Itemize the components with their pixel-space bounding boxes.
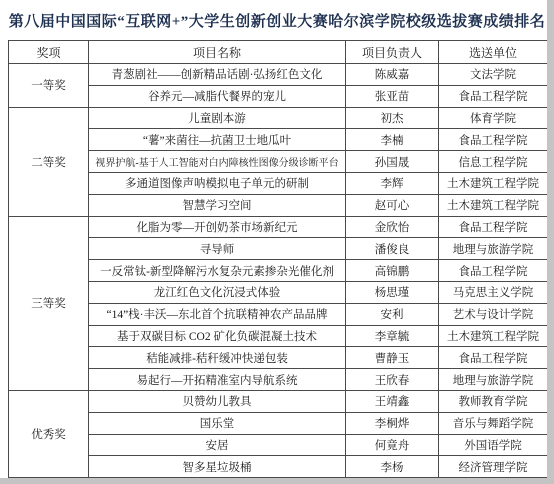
header-row: 奖项 项目名称 项目负责人 选送单位 [9, 41, 548, 64]
unit-cell: 地理与旅游学院 [439, 238, 548, 260]
unit-cell: 马克思主义学院 [439, 281, 548, 303]
leader-cell: 初杰 [346, 107, 439, 129]
project-cell: 贝赞幼儿教具 [89, 390, 346, 412]
project-cell: 智多星垃圾桶 [89, 456, 346, 478]
header-unit: 选送单位 [439, 41, 548, 64]
header-award: 奖项 [9, 41, 89, 64]
unit-cell: 外国语学院 [439, 434, 548, 456]
project-cell: “14”栈·丰沃—东北首个抗联精神农产品品牌 [89, 303, 346, 325]
results-table-body: 一等奖青葱剧社——创新精品话剧·弘扬红色文化陈威嘉文法学院谷养元—减脂代餐界的宠… [9, 64, 548, 478]
unit-cell: 经济管理学院 [439, 456, 548, 478]
project-cell: 多通道图像声呐模拟电子单元的研制 [89, 172, 346, 194]
header-leader: 项目负责人 [346, 41, 439, 64]
unit-cell: 土木建筑工程学院 [439, 172, 548, 194]
project-cell: “薯”来菌往—抗菌卫士地瓜叶 [89, 129, 346, 151]
table-row: 一反常钛-新型降解污水复杂元素掺杂光催化剂高锦鹏食品工程学院 [9, 260, 548, 282]
project-cell: 安居 [89, 434, 346, 456]
unit-cell: 体育学院 [439, 107, 548, 129]
project-cell: 智慧学习空间 [89, 194, 346, 216]
unit-cell: 土木建筑工程学院 [439, 194, 548, 216]
award-cell: 三等奖 [9, 216, 89, 390]
project-cell: 青葱剧社——创新精品话剧·弘扬红色文化 [89, 64, 346, 86]
unit-cell: 艺术与设计学院 [439, 303, 548, 325]
table-row: 三等奖化脂为零—开创奶茶市场新纪元金欣怡食品工程学院 [9, 216, 548, 238]
table-row: 国乐堂李桐烨音乐与舞蹈学院 [9, 412, 548, 434]
leader-cell: 李杨 [346, 456, 439, 478]
table-row: 智慧学习空间赵可心土木建筑工程学院 [9, 194, 548, 216]
leader-cell: 李楠 [346, 129, 439, 151]
award-cell: 一等奖 [9, 64, 89, 108]
unit-cell: 食品工程学院 [439, 129, 548, 151]
project-cell: 基于双碳目标 CO2 矿化负碳混凝土技术 [89, 325, 346, 347]
page-title: 第八届中国国际“互联网+”大学生创新创业大赛哈尔滨学院校级选拔赛成绩排名 [0, 0, 554, 31]
table-row: 优秀奖贝赞幼儿教具王靖鑫教师教育学院 [9, 390, 548, 412]
project-cell: 龙江红色文化沉浸式体验 [89, 281, 346, 303]
table-row: 龙江红色文化沉浸式体验杨思瑾马克思主义学院 [9, 281, 548, 303]
table-row: 智多星垃圾桶李杨经济管理学院 [9, 456, 548, 478]
project-cell: 谷养元—减脂代餐界的宠儿 [89, 85, 346, 107]
unit-cell: 音乐与舞蹈学院 [439, 412, 548, 434]
leader-cell: 陈威嘉 [346, 64, 439, 86]
leader-cell: 曹静玉 [346, 347, 439, 369]
results-table: 奖项 项目名称 项目负责人 选送单位 一等奖青葱剧社——创新精品话剧·弘扬红色文… [8, 40, 548, 478]
project-cell: 寻导师 [89, 238, 346, 260]
table-row: 多通道图像声呐模拟电子单元的研制李辉土木建筑工程学院 [9, 172, 548, 194]
leader-cell: 高锦鹏 [346, 260, 439, 282]
leader-cell: 孙国晟 [346, 151, 439, 173]
project-cell: 国乐堂 [89, 412, 346, 434]
leader-cell: 潘俊良 [346, 238, 439, 260]
leader-cell: 安利 [346, 303, 439, 325]
unit-cell: 信息工程学院 [439, 151, 548, 173]
table-row: 寻导师潘俊良地理与旅游学院 [9, 238, 548, 260]
leader-cell: 李辉 [346, 172, 439, 194]
project-cell: 视界护航-基于人工智能对白内障核性图像分级诊断平台 [89, 151, 346, 173]
project-cell: 秸能减排-秸秆缓冲快递包装 [89, 347, 346, 369]
document-page: 第八届中国国际“互联网+”大学生创新创业大赛哈尔滨学院校级选拔赛成绩排名 奖项 … [0, 0, 554, 484]
award-cell: 优秀奖 [9, 390, 89, 477]
unit-cell: 食品工程学院 [439, 85, 548, 107]
unit-cell: 食品工程学院 [439, 260, 548, 282]
unit-cell: 食品工程学院 [439, 347, 548, 369]
table-row: 一等奖青葱剧社——创新精品话剧·弘扬红色文化陈威嘉文法学院 [9, 64, 548, 86]
table-row: “薯”来菌往—抗菌卫士地瓜叶李楠食品工程学院 [9, 129, 548, 151]
leader-cell: 王欣春 [346, 369, 439, 391]
award-cell: 二等奖 [9, 107, 89, 216]
header-project: 项目名称 [89, 41, 346, 64]
unit-cell: 教师教育学院 [439, 390, 548, 412]
screenshot-edge-right [547, 0, 554, 484]
leader-cell: 李章毓 [346, 325, 439, 347]
table-row: 二等奖儿童剧本游初杰体育学院 [9, 107, 548, 129]
table-row: 基于双碳目标 CO2 矿化负碳混凝土技术李章毓土木建筑工程学院 [9, 325, 548, 347]
leader-cell: 杨思瑾 [346, 281, 439, 303]
screenshot-edge-bottom [0, 478, 554, 484]
unit-cell: 土木建筑工程学院 [439, 325, 548, 347]
table-header: 奖项 项目名称 项目负责人 选送单位 [9, 41, 548, 64]
table-row: 视界护航-基于人工智能对白内障核性图像分级诊断平台孙国晟信息工程学院 [9, 151, 548, 173]
project-cell: 一反常钛-新型降解污水复杂元素掺杂光催化剂 [89, 260, 346, 282]
leader-cell: 王靖鑫 [346, 390, 439, 412]
leader-cell: 赵可心 [346, 194, 439, 216]
project-cell: 易起行—开拓精准室内导航系统 [89, 369, 346, 391]
table-row: 安居何竟舟外国语学院 [9, 434, 548, 456]
table-row: 易起行—开拓精准室内导航系统王欣春地理与旅游学院 [9, 369, 548, 391]
leader-cell: 李桐烨 [346, 412, 439, 434]
table-row: “14”栈·丰沃—东北首个抗联精神农产品品牌安利艺术与设计学院 [9, 303, 548, 325]
project-cell: 儿童剧本游 [89, 107, 346, 129]
table-row: 秸能减排-秸秆缓冲快递包装曹静玉食品工程学院 [9, 347, 548, 369]
table-row: 谷养元—减脂代餐界的宠儿张亚苗食品工程学院 [9, 85, 548, 107]
unit-cell: 食品工程学院 [439, 216, 548, 238]
unit-cell: 地理与旅游学院 [439, 369, 548, 391]
project-cell: 化脂为零—开创奶茶市场新纪元 [89, 216, 346, 238]
leader-cell: 张亚苗 [346, 85, 439, 107]
leader-cell: 金欣怡 [346, 216, 439, 238]
leader-cell: 何竟舟 [346, 434, 439, 456]
unit-cell: 文法学院 [439, 64, 548, 86]
